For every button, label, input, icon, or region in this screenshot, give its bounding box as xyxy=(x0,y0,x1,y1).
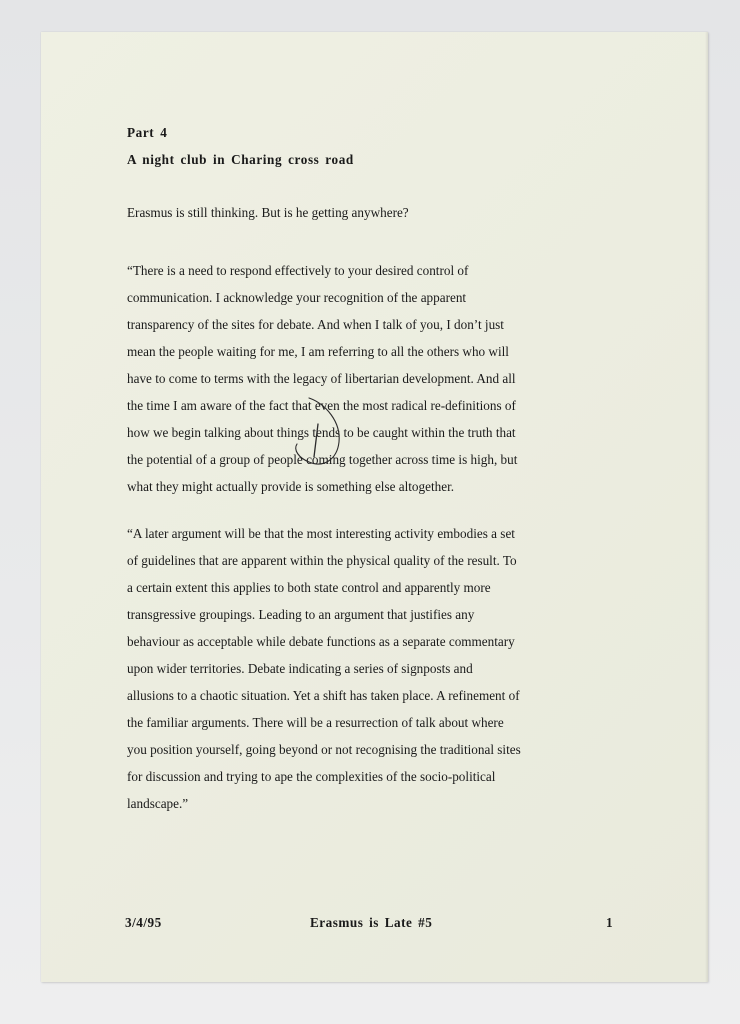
section-title: A night club in Charing cross road xyxy=(127,152,354,168)
paragraph-line: of guidelines that are apparent within t… xyxy=(127,547,521,574)
paragraph-line: a certain extent this applies to both st… xyxy=(127,574,521,601)
paragraph-line: the potential of a group of people comin… xyxy=(127,446,517,473)
paragraph-line: how we begin talking about things tends … xyxy=(127,419,517,446)
paragraph-1: “There is a need to respond effectively … xyxy=(127,257,517,500)
paragraph-line: mean the people waiting for me, I am ref… xyxy=(127,338,517,365)
paragraph-line: the time I am aware of the fact that eve… xyxy=(127,392,517,419)
paragraph-2: “A later argument will be that the most … xyxy=(127,520,521,817)
footer-title: Erasmus is Late #5 xyxy=(310,915,432,931)
lede-sentence: Erasmus is still thinking. But is he get… xyxy=(127,205,409,221)
part-label: Part 4 xyxy=(127,125,167,141)
footer-page-number: 1 xyxy=(606,915,613,931)
typed-page: Part 4 A night club in Charing cross roa… xyxy=(41,32,708,982)
paragraph-line: the familiar arguments. There will be a … xyxy=(127,709,521,736)
paragraph-line: landscape.” xyxy=(127,790,521,817)
paragraph-line: upon wider territories. Debate indicatin… xyxy=(127,655,521,682)
paragraph-line: transparency of the sites for debate. An… xyxy=(127,311,517,338)
paragraph-line: what they might actually provide is some… xyxy=(127,473,517,500)
paragraph-line: you position yourself, going beyond or n… xyxy=(127,736,521,763)
paragraph-line: behaviour as acceptable while debate fun… xyxy=(127,628,521,655)
paragraph-line: allusions to a chaotic situation. Yet a … xyxy=(127,682,521,709)
paragraph-line: “A later argument will be that the most … xyxy=(127,520,521,547)
paragraph-line: “There is a need to respond effectively … xyxy=(127,257,517,284)
paragraph-line: have to come to terms with the legacy of… xyxy=(127,365,517,392)
handwritten-correction-mark xyxy=(41,32,708,982)
footer-date: 3/4/95 xyxy=(125,915,162,931)
paragraph-line: transgressive groupings. Leading to an a… xyxy=(127,601,521,628)
paragraph-line: for discussion and trying to ape the com… xyxy=(127,763,521,790)
paragraph-line: communication. I acknowledge your recogn… xyxy=(127,284,517,311)
